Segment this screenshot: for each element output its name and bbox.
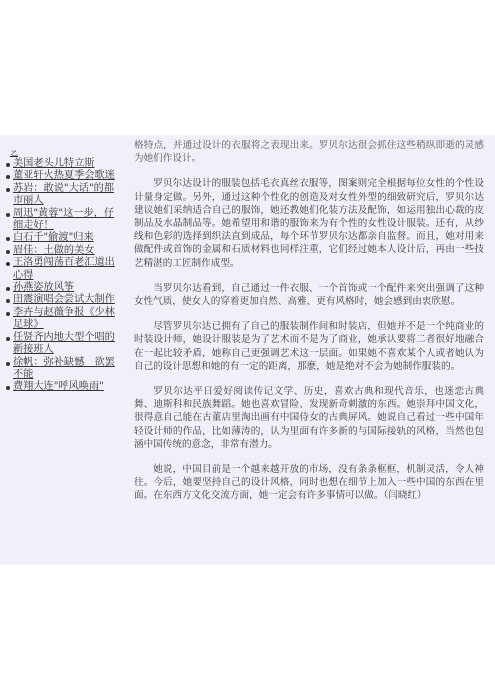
list-item: 孙燕姿放风筝 — [6, 282, 124, 294]
list-item: 白石千"偷渡"归来 — [6, 232, 124, 244]
related-article-link[interactable]: 周迅"黄蓉"这一步，仔细走好！ — [13, 208, 114, 231]
article-paragraph: 罗贝尔达平日爱好阅读传记文学、历史，喜欢古典和现代音乐，也迷恋古典舞、迪斯科和民… — [134, 385, 484, 451]
list-item: 眉佳：土做的美女 — [6, 245, 124, 257]
list-item: 董亚轩火热夏季会歌迷 — [6, 170, 124, 182]
list-item: 费翔大连"呼风唤雨" — [6, 381, 124, 393]
article-paragraph: 当罗贝尔达看到，自己通过一件衣服、一个首饰或一个配件来突出强调了这种女性气质，使… — [134, 282, 484, 308]
related-article-link[interactable]: 孙燕姿放风筝 — [13, 282, 74, 293]
related-article-link[interactable]: 费翔大连"呼风唤雨" — [13, 381, 104, 392]
related-article-link[interactable]: 苏岩：敢说"大话"的都市丽人 — [13, 183, 114, 206]
related-article-link[interactable]: 眉佳：土做的美女 — [13, 245, 95, 256]
related-articles-list: 美国老头儿特立斯 董亚轩火热夏季会歌迷 苏岩：敢说"大话"的都市丽人 周迅"黄蓉… — [6, 158, 124, 394]
bullet-icon — [6, 287, 10, 291]
bullet-icon — [6, 299, 10, 303]
list-item: 任贤齐内地大型个唱的新接班人 — [6, 332, 124, 357]
bullet-icon — [6, 337, 10, 341]
article-paragraph: 罗贝尔达设计的服装包括毛衣真丝衣服等，图案则完全根据每位女性的个性设计量身定做。… — [134, 177, 484, 269]
related-article-link[interactable]: 李卉与赵薇争报《少林足球》 — [13, 307, 115, 330]
cut-off-link-text: 艺 — [6, 150, 124, 158]
list-item: 美国老头儿特立斯 — [6, 158, 124, 170]
article-paragraph-continued: 格特点，并通过设计的衣服将之表现出来。罗贝尔达很会抓住这些稍纵即逝的灵感为她们作… — [134, 139, 484, 165]
related-article-link[interactable]: 徐帆：弥补缺憾 欲罢不能 — [13, 357, 115, 380]
related-article-link[interactable]: 美国老头儿特立斯 — [13, 158, 95, 169]
list-item: 田震演唱会尝试大制作 — [6, 294, 124, 306]
related-articles-sidebar: 艺 美国老头儿特立斯 董亚轩火热夏季会歌迷 苏岩：敢说"大话"的都市丽人 周迅"… — [6, 150, 124, 394]
article-paragraph: 她说，中国目前是一个越来越开放的市场，没有条条框框，机制灵活，令人神往。今后，她… — [134, 463, 484, 503]
list-item: 周迅"黄蓉"这一步，仔细走好！ — [6, 208, 124, 233]
list-item: 李卉与赵薇争报《少林足球》 — [6, 307, 124, 332]
bullet-icon — [6, 213, 10, 217]
article-body: 格特点，并通过设计的衣服将之表现出来。罗贝尔达很会抓住这些稍纵即逝的灵感为她们作… — [134, 139, 484, 515]
related-article-link[interactable]: 田震演唱会尝试大制作 — [13, 294, 115, 305]
list-item: 王洛勇闯荡百老汇道出心得 — [6, 257, 124, 282]
related-article-link[interactable]: 王洛勇闯荡百老汇道出心得 — [13, 257, 115, 280]
related-article-link[interactable]: 董亚轩火热夏季会歌迷 — [13, 170, 115, 181]
bullet-icon — [6, 163, 10, 167]
bullet-icon — [6, 362, 10, 366]
list-item: 徐帆：弥补缺憾 欲罢不能 — [6, 357, 124, 382]
bullet-icon — [6, 237, 10, 241]
bullet-icon — [6, 175, 10, 179]
article-paragraph: 尽管罗贝尔达已拥有了自己的服装制作间和时装店，但她并不是一个纯商业的时装设计师，… — [134, 320, 484, 373]
list-item: 苏岩：敢说"大话"的都市丽人 — [6, 183, 124, 208]
related-article-link[interactable]: 任贤齐内地大型个唱的新接班人 — [13, 332, 115, 355]
bullet-icon — [6, 312, 10, 316]
bullet-icon — [6, 262, 10, 266]
bullet-icon — [6, 386, 10, 390]
related-article-link[interactable]: 白石千"偷渡"归来 — [13, 232, 94, 243]
bullet-icon — [6, 250, 10, 254]
bullet-icon — [6, 188, 10, 192]
